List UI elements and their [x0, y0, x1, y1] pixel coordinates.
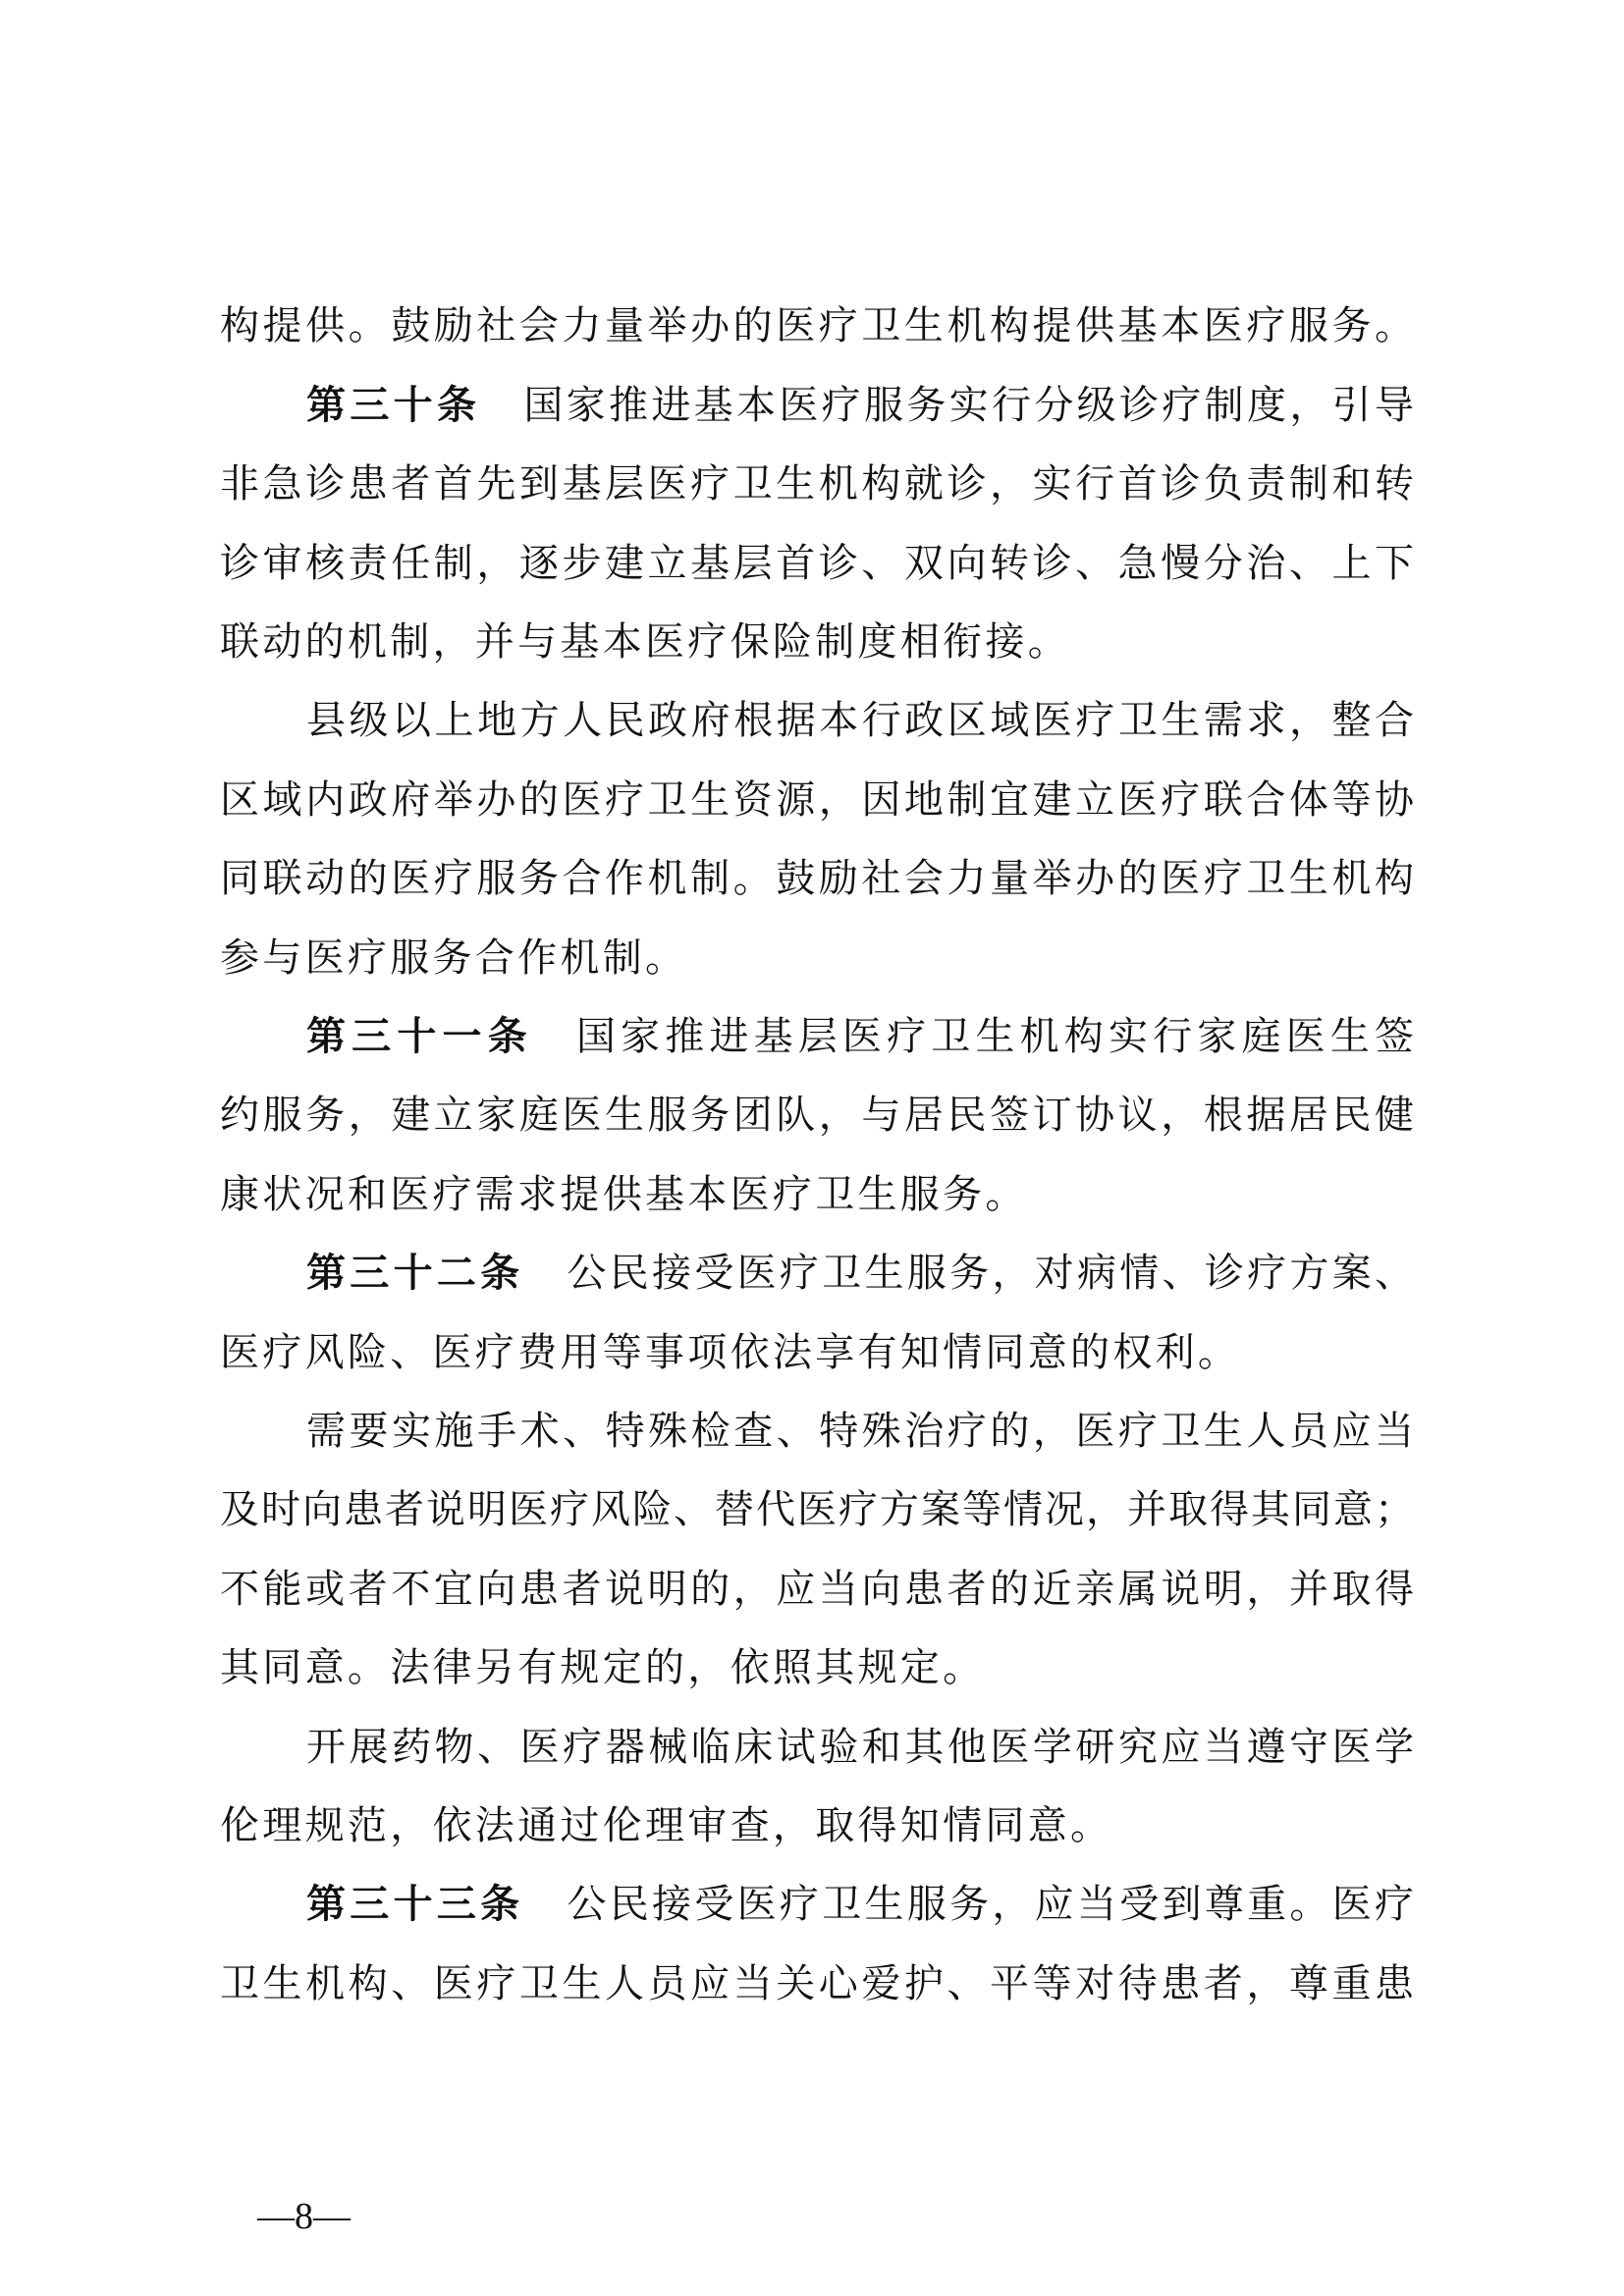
- paragraph-first-line: 需要实施手术、特殊检查、特殊治疗的，医疗卫生人员应当: [306, 1402, 1414, 1461]
- article-30-first-line: 第三十条国家推进基本医疗服务实行分级诊疗制度，引导: [306, 376, 1414, 435]
- page-number: —8—: [257, 2195, 351, 2238]
- text-line: 康状况和医疗需求提供基本医疗卫生服务。: [220, 1165, 1414, 1224]
- document-page: 构提供。鼓励社会力量举办的医疗卫生机构提供基本医疗服务。 第三十条国家推进基本医…: [0, 0, 1624, 2296]
- text-line: 参与医疗服务合作机制。: [220, 929, 1414, 988]
- article-33-first-line: 第三十三条公民接受医疗卫生服务，应当受到尊重。医疗: [306, 1875, 1414, 1934]
- text-line: 及时向患者说明医疗风险、替代医疗方案等情况，并取得其同意；: [220, 1480, 1414, 1539]
- text-line: 联动的机制，并与基本医疗保险制度相衔接。: [220, 613, 1414, 671]
- paragraph-first-line: 县级以上地方人民政府根据本行政区域医疗卫生需求，整合: [306, 691, 1414, 750]
- article-text: 公民接受医疗卫生服务，应当受到尊重。医疗: [567, 1882, 1414, 1927]
- text-line: 区域内政府举办的医疗卫生资源，因地制宜建立医疗联合体等协: [220, 771, 1414, 829]
- text-line: 构提供。鼓励社会力量举办的医疗卫生机构提供基本医疗服务。: [220, 296, 1414, 355]
- text-line: 伦理规范，依法通过伦理审查，取得知情同意。: [220, 1796, 1414, 1855]
- article-heading: 第三十一条: [306, 1014, 533, 1059]
- article-text: 国家推进基层医疗卫生机构实行家庭医生签: [576, 1014, 1414, 1059]
- paragraph-first-line: 开展药物、医疗器械临床试验和其他医学研究应当遵守医学: [306, 1718, 1414, 1777]
- text-line: 非急诊患者首先到基层医疗卫生机构就诊，实行首诊负责制和转: [220, 454, 1414, 513]
- article-text: 国家推进基本医疗服务实行分级诊疗制度，引导: [523, 383, 1414, 428]
- text-line: 约服务，建立家庭医生服务团队，与居民签订协议，根据居民健: [220, 1086, 1414, 1145]
- text-line: 医疗风险、医疗费用等事项依法享有知情同意的权利。: [220, 1323, 1414, 1382]
- article-text: 公民接受医疗卫生服务，对病情、诊疗方案、: [567, 1251, 1414, 1296]
- text-line: 同联动的医疗服务合作机制。鼓励社会力量举办的医疗卫生机构: [220, 849, 1414, 908]
- article-heading: 第三十条: [306, 383, 480, 428]
- text-line: 其同意。法律另有规定的，依照其规定。: [220, 1638, 1414, 1697]
- article-31-first-line: 第三十一条国家推进基层医疗卫生机构实行家庭医生签: [306, 1007, 1414, 1066]
- text-line: 不能或者不宜向患者说明的，应当向患者的近亲属说明，并取得: [220, 1560, 1414, 1619]
- text-line: 诊审核责任制，逐步建立基层首诊、双向转诊、急慢分治、上下: [220, 534, 1414, 593]
- article-32-first-line: 第三十二条公民接受医疗卫生服务，对病情、诊疗方案、: [306, 1244, 1414, 1303]
- article-heading: 第三十三条: [306, 1882, 523, 1927]
- text-line: 卫生机构、医疗卫生人员应当关心爱护、平等对待患者，尊重患: [220, 1954, 1414, 2013]
- article-heading: 第三十二条: [306, 1251, 523, 1296]
